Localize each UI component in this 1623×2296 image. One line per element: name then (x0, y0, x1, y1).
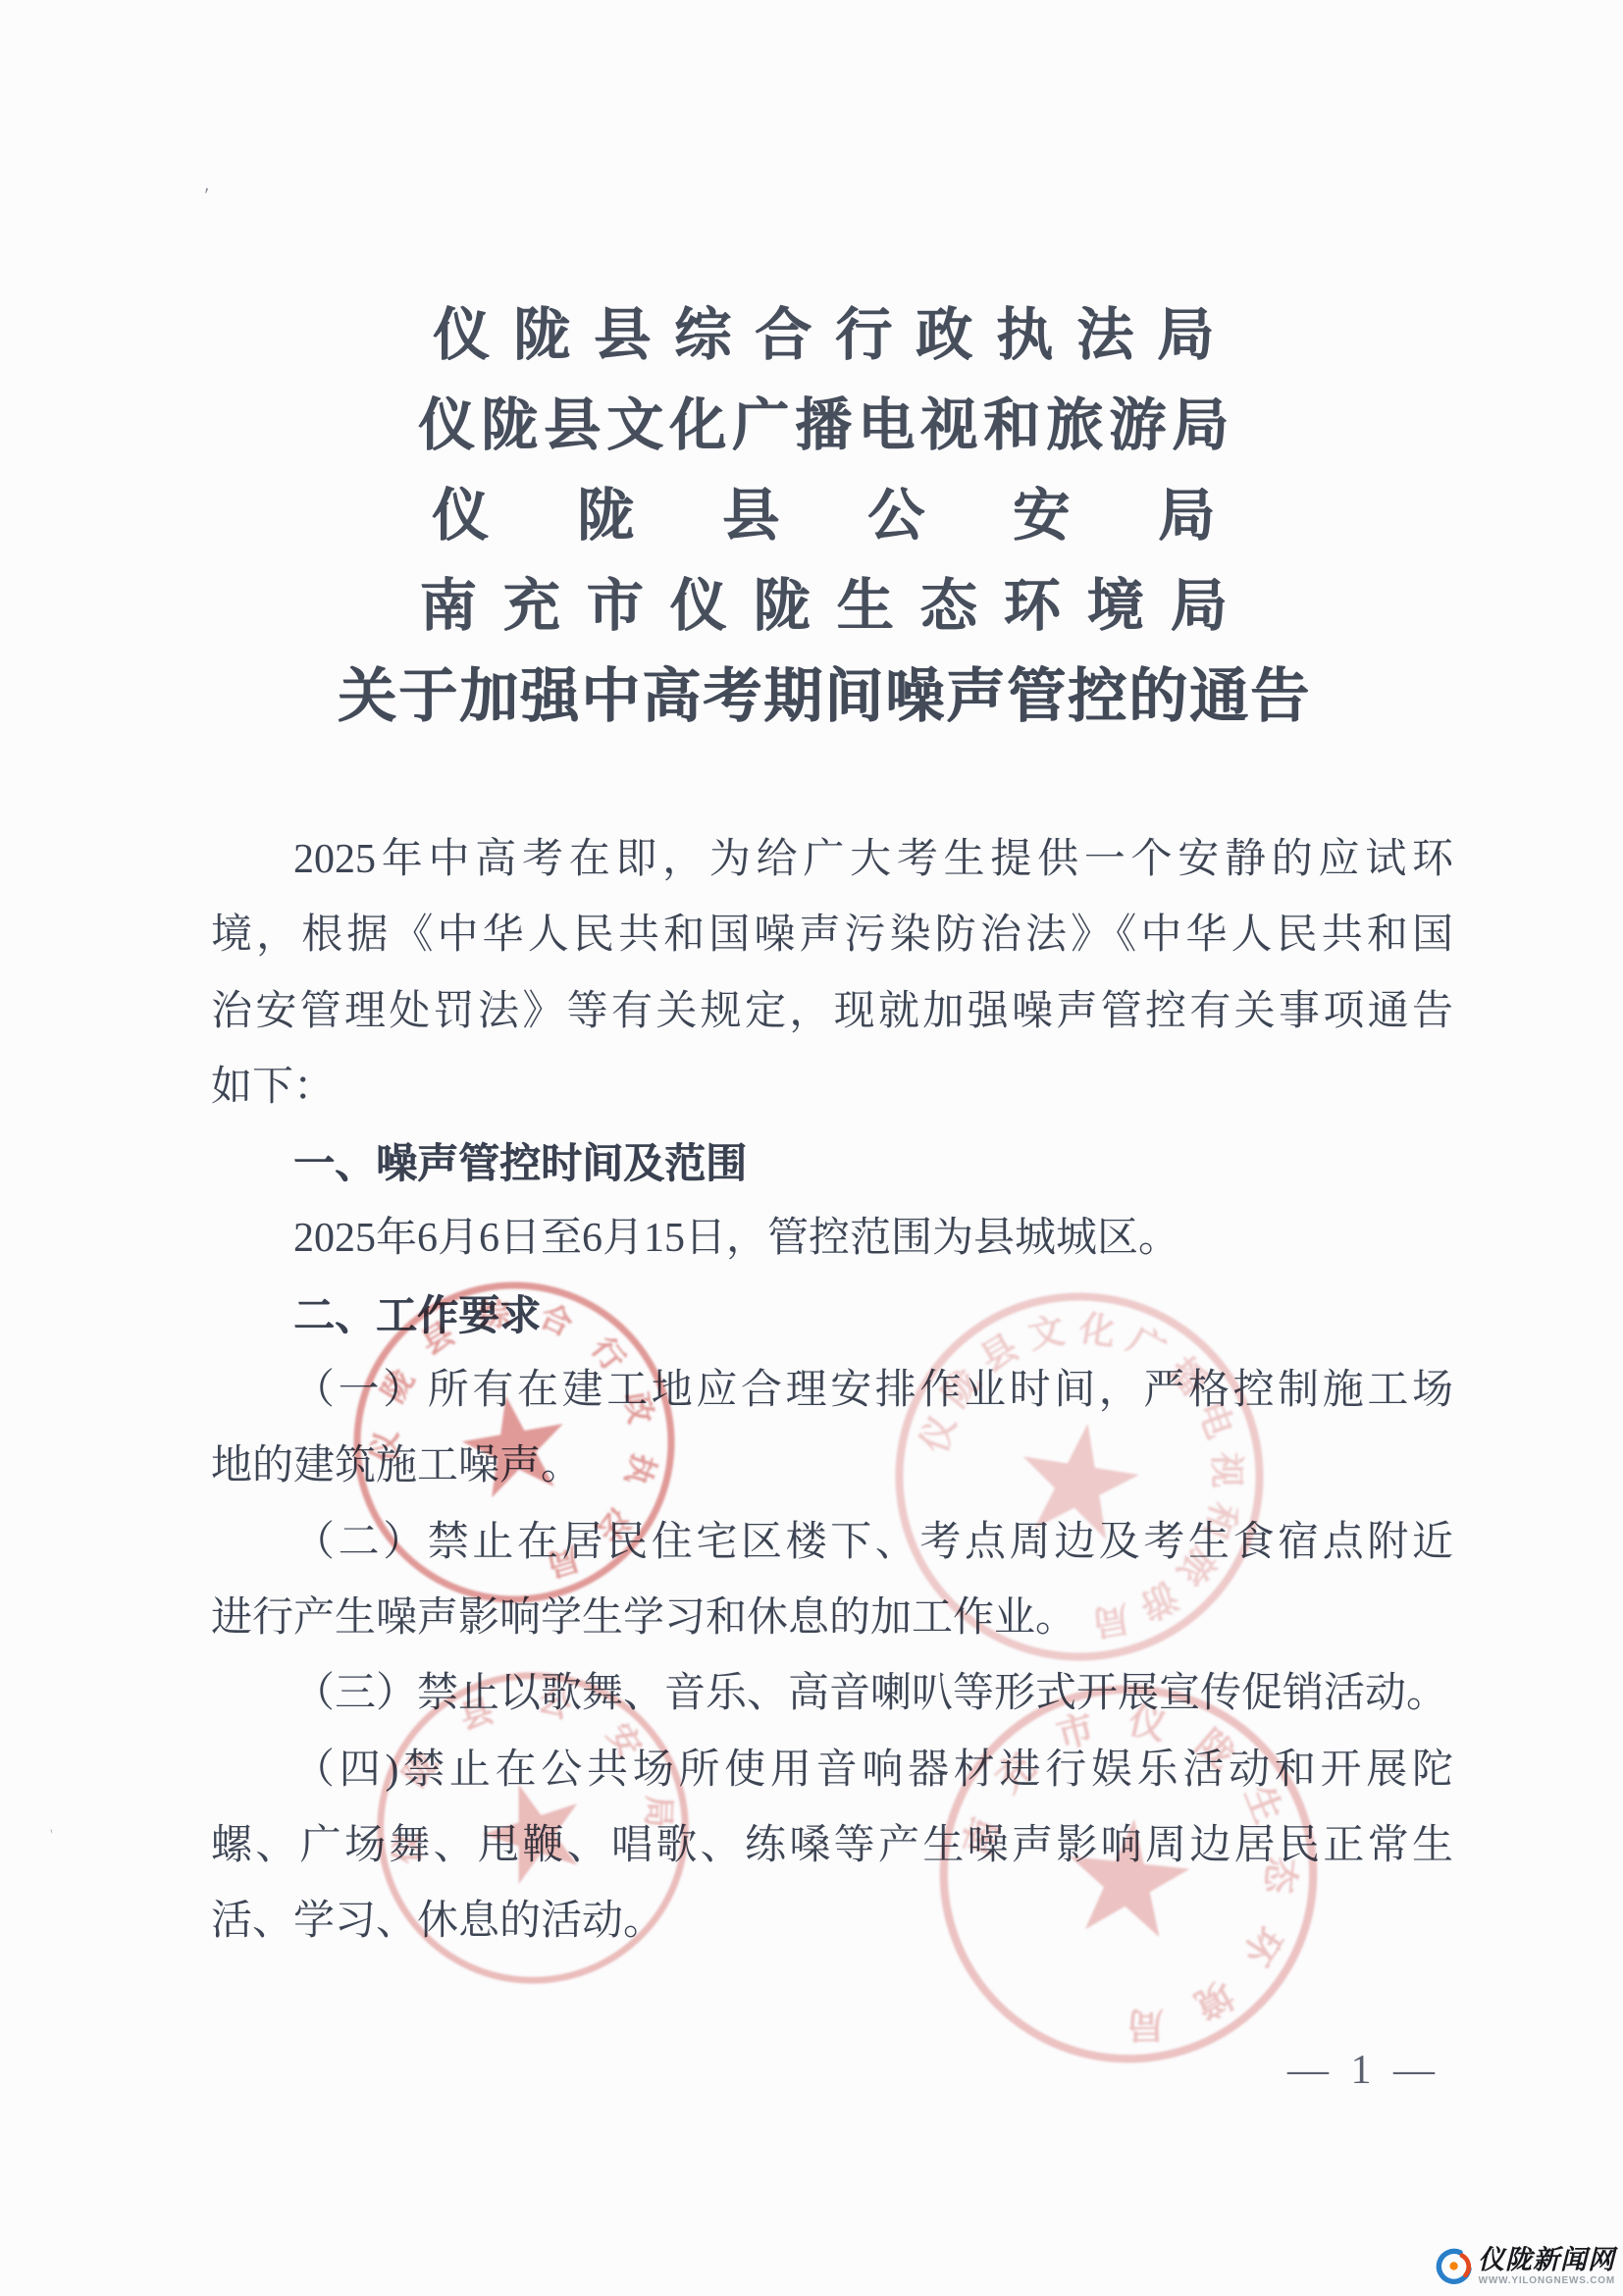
agency-line: 仪陇县文化广播电视和旅游局 (12, 381, 1623, 471)
scanned-notice-page: ' ' 仪陇县综合行政执法局 仪陇县文化广播电视和旅游局 仪陇县公安局 南充市仪… (0, 0, 1623, 2296)
document-header: 仪陇县综合行政执法局 仪陇县文化广播电视和旅游局 仪陇县公安局 南充市仪陇生态环… (12, 290, 1623, 742)
body-line: （一）所有在建工地应合理安排作业时间，严格控制施工场 (211, 1353, 1453, 1429)
notice-body: 2025年中高考在即，为给广大考生提供一个安静的应试环 境，根据《中华人民共和国… (211, 822, 1453, 1959)
news-logo-icon (1435, 2248, 1472, 2285)
section-heading: 一、噪声管控时间及范围 (211, 1125, 1453, 1201)
watermark-site-url: WWW.YILONGNEWS.COM (1479, 2276, 1615, 2286)
scan-artifact: ' (49, 1827, 56, 1845)
news-site-watermark: 仪陇新闻网 WWW.YILONGNEWS.COM (1435, 2247, 1615, 2286)
body-line: （二）禁止在居民住宅区楼下、考点周边及考生食宿点附近 (211, 1505, 1453, 1581)
body-line: （四)禁止在公共场所使用音响器材进行娱乐活动和开展陀 (211, 1733, 1453, 1808)
body-line: 如下： (211, 1050, 1453, 1125)
body-line: 治安管理处罚法》等有关规定，现就加强噪声管控有关事项通告 (211, 974, 1453, 1050)
body-line: 活、学习、休息的活动。 (211, 1884, 1453, 1959)
agency-line: 南充市仪陇生态环境局 (12, 561, 1623, 652)
agency-line: 仪陇县综合行政执法局 (12, 290, 1623, 381)
scan-artifact: ' (199, 183, 211, 208)
body-line: 螺、广场舞、甩鞭、唱歌、练嗓等产生噪声影响周边居民正常生 (211, 1808, 1453, 1884)
watermark-text: 仪陇新闻网 WWW.YILONGNEWS.COM (1478, 2247, 1615, 2286)
body-line: 进行产生噪声影响学生学习和休息的加工作业。 (211, 1581, 1453, 1656)
section-heading: 二、工作要求 (211, 1278, 1453, 1353)
agency-line: 仪陇县公安局 (12, 471, 1623, 561)
notice-title: 关于加强中高考期间噪声管控的通告 (12, 652, 1623, 742)
page-number: — 1 — (1217, 2047, 1511, 2094)
body-line: （三）禁止以歌舞、音乐、高音喇叭等形式开展宣传促销活动。 (211, 1656, 1453, 1732)
body-line: 2025年中高考在即，为给广大考生提供一个安静的应试环 (211, 822, 1453, 898)
body-line: 2025年6月6日至6月15日，管控范围为县城城区。 (211, 1201, 1453, 1277)
body-line: 地的建筑施工噪声。 (211, 1429, 1453, 1504)
body-line: 境，根据《中华人民共和国噪声污染防治法》《中华人民共和国 (211, 898, 1453, 973)
watermark-site-name: 仪陇新闻网 (1478, 2247, 1615, 2273)
